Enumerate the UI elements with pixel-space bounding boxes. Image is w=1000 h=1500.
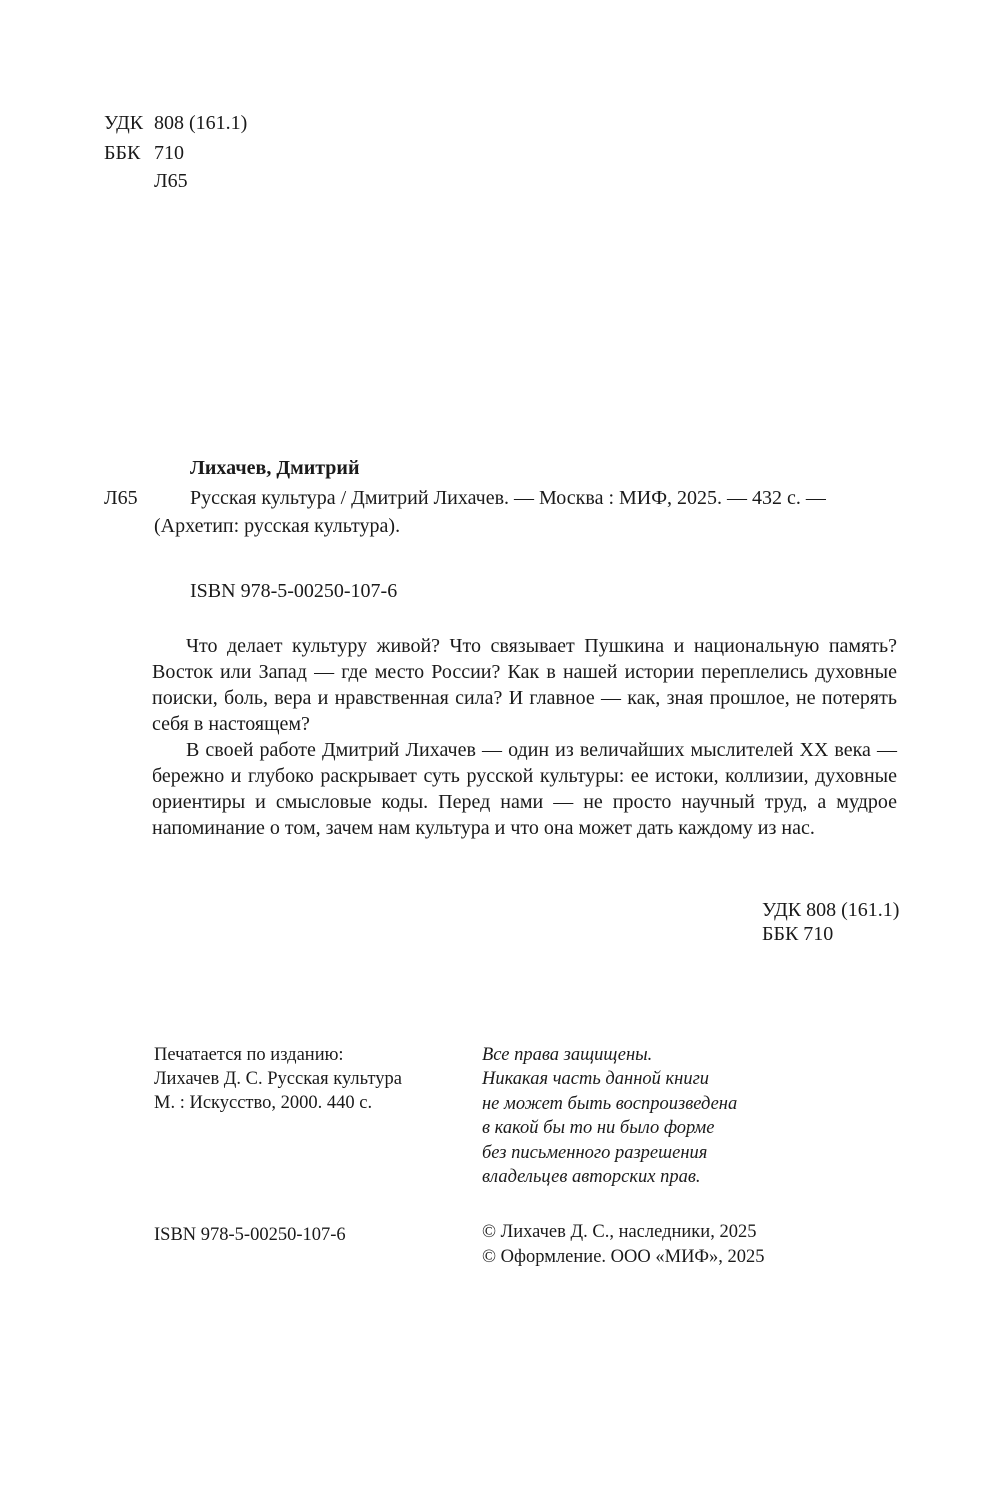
rights-line-1: Все права защищены. <box>482 1043 652 1068</box>
top-author-code: Л65 <box>154 168 188 194</box>
rights-line-4: в какой бы то ни было форме <box>482 1116 714 1141</box>
source-line-1: Печатается по изданию: <box>154 1043 344 1067</box>
right-udk: УДК 808 (161.1) <box>762 897 899 923</box>
rights-line-5: без письменного разрешения <box>482 1141 707 1166</box>
copyright-design: © Оформление. ООО «МИФ», 2025 <box>482 1245 765 1269</box>
rights-line-3: не может быть воспроизведена <box>482 1092 737 1117</box>
bbk-label: ББК <box>104 140 154 166</box>
top-bbk: ББК710 <box>104 140 184 166</box>
rights-line-2: Никакая часть данной книги <box>482 1067 709 1092</box>
catalog-description-line1: Русская культура / Дмитрий Лихачев. — Мо… <box>190 485 826 511</box>
annotation-text-2: В своей работе Дмитрий Лихачев — один из… <box>152 737 897 841</box>
right-bbk: ББК 710 <box>762 921 833 947</box>
rights-line-6: владельцев авторских прав. <box>482 1165 700 1190</box>
annotation-text-1: Что делает культуру живой? Что связывает… <box>152 633 897 737</box>
source-line-2: Лихачев Д. С. Русская культура <box>154 1067 402 1091</box>
copyright-author: © Лихачев Д. С., наследники, 2025 <box>482 1220 756 1244</box>
annotation-paragraph-2: В своей работе Дмитрий Лихачев — один из… <box>152 737 897 841</box>
catalog-author: Лихачев, Дмитрий <box>190 455 359 481</box>
udk-label: УДК <box>104 110 154 136</box>
annotation-paragraph-1: Что делает культуру живой? Что связывает… <box>152 633 897 737</box>
top-udk: УДК808 (161.1) <box>104 110 247 136</box>
catalog-description-line2: (Архетип: русская культура). <box>154 513 400 539</box>
catalog-author-code: Л65 <box>104 485 138 511</box>
bottom-isbn: ISBN 978-5-00250-107-6 <box>154 1223 346 1247</box>
source-line-3: М. : Искусство, 2000. 440 с. <box>154 1091 372 1115</box>
catalog-isbn: ISBN 978-5-00250-107-6 <box>190 578 397 604</box>
bbk-value: 710 <box>154 142 184 164</box>
udk-value: 808 (161.1) <box>154 112 247 134</box>
